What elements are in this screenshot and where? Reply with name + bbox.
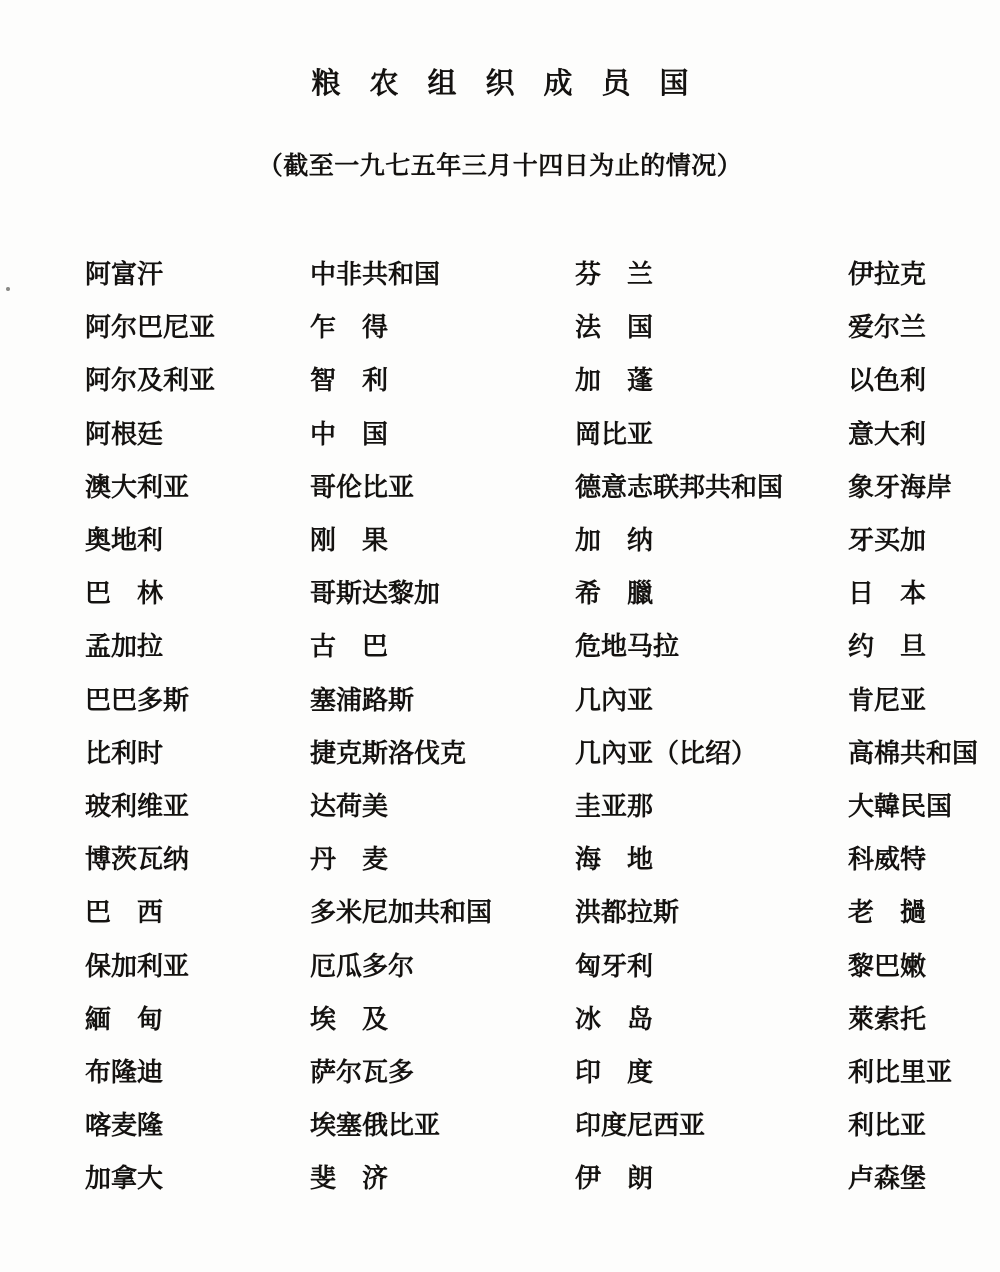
country-item: 阿尔巴尼亚 [85,299,310,352]
country-item: 加拿大 [85,1150,310,1203]
country-item: 大韓民国 [848,778,1000,831]
country-item: 印度尼西亚 [575,1097,848,1150]
country-item: 阿尔及利亚 [85,352,310,405]
country-item: 几內亚 [575,672,848,725]
country-item: 阿根廷 [85,406,310,459]
country-item: 喀麦隆 [85,1097,310,1150]
country-item: 法 国 [575,299,848,352]
country-item: 洪都拉斯 [575,884,848,937]
country-item: 孟加拉 [85,618,310,671]
country-item: 哥伦比亚 [310,459,575,512]
country-item: 古 巴 [310,618,575,671]
country-item: 多米尼加共和国 [310,884,575,937]
country-item: 肯尼亚 [848,672,1000,725]
country-item: 保加利亚 [85,937,310,990]
country-item: 冰 岛 [575,991,848,1044]
country-item: 刚 果 [310,512,575,565]
country-item: 萊索托 [848,991,1000,1044]
country-item: 中 国 [310,406,575,459]
country-item: 爱尔兰 [848,299,1000,352]
country-item: 奥地利 [85,512,310,565]
country-item: 智 利 [310,352,575,405]
country-item: 德意志联邦共和国 [575,459,848,512]
country-item: 加 纳 [575,512,848,565]
country-item: 象牙海岸 [848,459,1000,512]
country-item: 斐 济 [310,1150,575,1203]
country-column: 阿富汗阿尔巴尼亚阿尔及利亚阿根廷澳大利亚奥地利巴 林孟加拉巴巴多斯比利时玻利维亚… [85,246,310,1203]
country-item: 萨尔瓦多 [310,1044,575,1097]
country-item: 厄瓜多尔 [310,937,575,990]
country-item: 塞浦路斯 [310,672,575,725]
country-item: 科威特 [848,831,1000,884]
country-item: 澳大利亚 [85,459,310,512]
country-item: 博茨瓦纳 [85,831,310,884]
country-item: 丹 麦 [310,831,575,884]
country-list: 阿富汗阿尔巴尼亚阿尔及利亚阿根廷澳大利亚奥地利巴 林孟加拉巴巴多斯比利时玻利维亚… [85,246,1000,1203]
country-item: 玻利维亚 [85,778,310,831]
country-item: 埃塞俄比亚 [310,1097,575,1150]
country-item: 岡比亚 [575,406,848,459]
country-item: 以色利 [848,352,1000,405]
scan-artifact-dot [6,287,10,291]
country-item: 哥斯达黎加 [310,565,575,618]
country-item: 伊 朗 [575,1150,848,1203]
country-item: 比利时 [85,725,310,778]
country-item: 圭亚那 [575,778,848,831]
country-item: 中非共和国 [310,246,575,299]
country-item: 牙买加 [848,512,1000,565]
country-item: 卢森堡 [848,1150,1000,1203]
country-item: 匈牙利 [575,937,848,990]
country-item: 意大利 [848,406,1000,459]
country-item: 利比里亚 [848,1044,1000,1097]
country-item: 印 度 [575,1044,848,1097]
country-item: 日 本 [848,565,1000,618]
country-item: 捷克斯洛伐克 [310,725,575,778]
country-item: 布隆迪 [85,1044,310,1097]
country-item: 巴 林 [85,565,310,618]
country-item: 几內亚（比绍） [575,725,848,778]
country-item: 希 臘 [575,565,848,618]
country-item: 巴巴多斯 [85,672,310,725]
country-item: 高棉共和国 [848,725,1000,778]
country-column: 芬 兰法 国加 蓬岡比亚德意志联邦共和国加 纳希 臘危地马拉几內亚几內亚（比绍）… [575,246,848,1203]
country-item: 加 蓬 [575,352,848,405]
country-item: 黎巴嫩 [848,937,1000,990]
page-title: 粮农组织成员国 [0,67,1000,102]
country-item: 緬 甸 [85,991,310,1044]
country-item: 乍 得 [310,299,575,352]
country-item: 危地马拉 [575,618,848,671]
country-item: 利比亚 [848,1097,1000,1150]
country-item: 阿富汗 [85,246,310,299]
country-column: 伊拉克爱尔兰以色利意大利象牙海岸牙买加日 本约 旦肯尼亚高棉共和国大韓民国科威特… [848,246,1000,1203]
country-item: 老 撾 [848,884,1000,937]
country-item: 伊拉克 [848,246,1000,299]
country-item: 巴 西 [85,884,310,937]
country-column: 中非共和国乍 得智 利中 国哥伦比亚刚 果哥斯达黎加古 巴塞浦路斯捷克斯洛伐克达… [310,246,575,1203]
country-item: 芬 兰 [575,246,848,299]
page-subtitle: （截至一九七五年三月十四日为止的情况） [0,152,1000,182]
country-item: 海 地 [575,831,848,884]
country-item: 达荷美 [310,778,575,831]
document-page: 粮农组织成员国 （截至一九七五年三月十四日为止的情况） 阿富汗阿尔巴尼亚阿尔及利… [0,0,1000,1272]
country-item: 埃 及 [310,991,575,1044]
country-item: 约 旦 [848,618,1000,671]
